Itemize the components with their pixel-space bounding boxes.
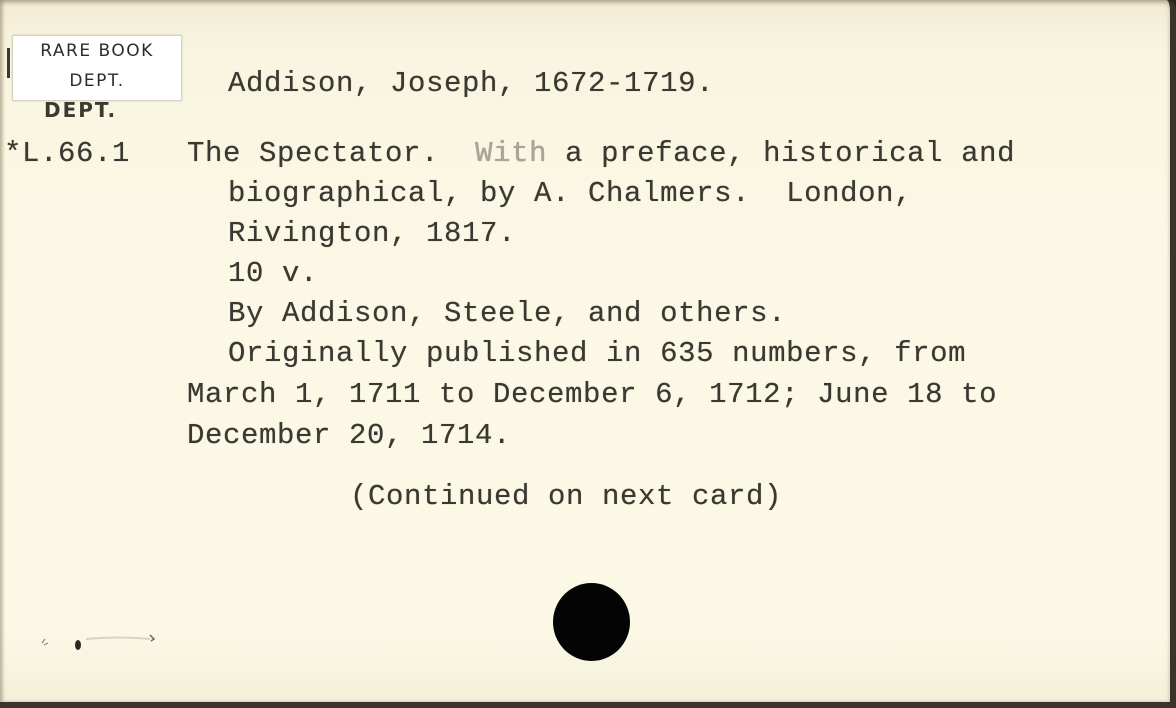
ink-smudge-icon: [38, 633, 168, 655]
rare-book-text: RARE BOOK: [13, 41, 181, 61]
stamp-mark: [7, 48, 10, 78]
body-line: By Addison, Steele, and others.: [228, 294, 786, 334]
dept-underprint-text: DEPT.: [44, 98, 117, 122]
body-line: December 20, 1714.: [187, 416, 511, 456]
dept-text: DEPT.: [13, 71, 181, 91]
title-rest-text: a preface, historical and: [547, 137, 1015, 170]
body-line: biographical, by A. Chalmers. London,: [228, 174, 912, 214]
continuation-note: (Continued on next card): [350, 477, 782, 517]
call-number: *L.66.1: [4, 134, 130, 174]
body-line: Rivington, 1817.: [228, 214, 516, 254]
title-text: The Spectator.: [187, 137, 439, 170]
body-line: Originally published in 635 numbers, fro…: [228, 334, 966, 374]
punch-hole: [553, 583, 630, 661]
rare-book-dept-label: RARE BOOK DEPT.: [12, 35, 182, 101]
author-heading: Addison, Joseph, 1672-1719.: [228, 64, 714, 104]
catalog-card: KEPT IN DEPT. RARE BOOK DEPT. Addison, J…: [0, 0, 1176, 708]
title-line: The Spectator. With a preface, historica…: [187, 134, 1015, 174]
faint-word: With: [475, 137, 547, 170]
body-line: 10 v.: [228, 254, 318, 294]
body-line: March 1, 1711 to December 6, 1712; June …: [187, 375, 997, 415]
